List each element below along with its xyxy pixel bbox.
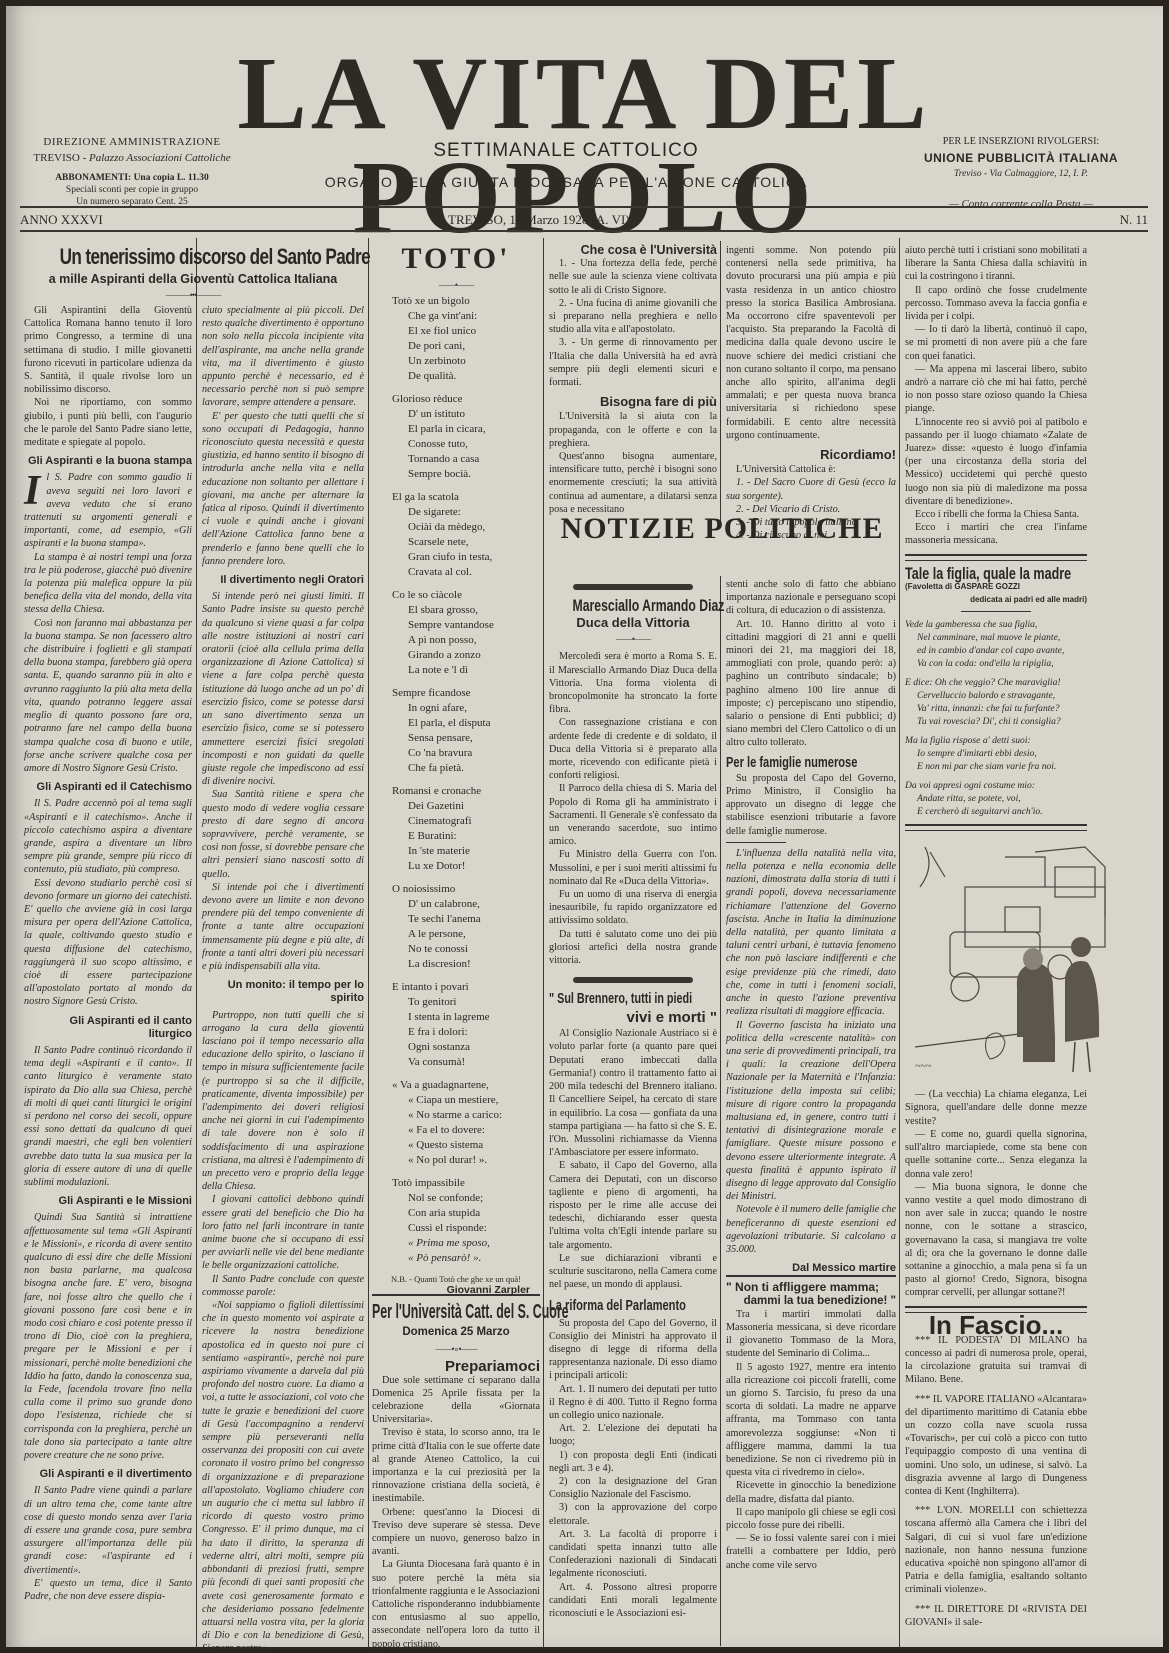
paragraph: 2) con la designazione del Gran Consigli… <box>549 1475 717 1501</box>
subscription-discount: Speciali sconti per copie in gruppo <box>22 184 242 196</box>
organ-label: ORGANO DELLA GIUNTA DIOCESANA PER L'AZIO… <box>306 174 826 190</box>
column-divider <box>196 238 197 1648</box>
paragraph: Art. 10. Hanno diritto al voto i cittadi… <box>726 618 896 750</box>
poem-stanza: Co le so ciàcoleEl sbara grosso,Sempre v… <box>392 588 540 678</box>
poem-line: I stenta in lagreme <box>392 1010 540 1025</box>
poem-line: No te conossi <box>392 942 540 957</box>
paragraph: Le sue dichiarazioni vibranti e sculturi… <box>549 1252 717 1292</box>
cartoon-caption: — Mia buona signora, le donne che vanno … <box>905 1181 1087 1300</box>
ornament-divider: ——•—— <box>549 633 717 646</box>
mexico-headline-1: " Non ti affliggere mamma; <box>726 1281 896 1294</box>
section-rule <box>372 1294 540 1296</box>
paragraph: Art. 3. La facoltà di proporre i candida… <box>549 1528 717 1581</box>
fable-stanza: Ma la figlia rispose a' detti suoi:Io se… <box>905 734 1087 773</box>
column-4-top: Che cosa è l'Università 1. - Una fortezz… <box>549 244 717 516</box>
section-rule <box>905 554 1087 561</box>
poem-line: La note e 'l dì <box>392 663 540 678</box>
poem-line: Che fa pietà. <box>392 761 540 776</box>
poem-line: « Pò pensarò! ». <box>392 1251 540 1266</box>
issue-number: N. 11 <box>1120 212 1148 228</box>
year-label: ANNO XXXVI <box>20 212 103 228</box>
fable-line: Da voi appresi ogni costume mio: <box>905 779 1087 792</box>
paragraph: — Io ti darò la libertà, continuò il cap… <box>905 323 1087 363</box>
direction-label: DIREZIONE AMMINISTRAZIONE <box>22 134 242 150</box>
poem-line: Scarsele nete, <box>392 535 540 550</box>
paragraph: L'innocente reo si avviò poi al patibolo… <box>905 416 1087 508</box>
column-4-politics: Maresciallo Armando Diaz Duca della Vitt… <box>549 578 717 1620</box>
paragraph: L'influenza della natalità nella vita, n… <box>726 847 896 1019</box>
paragraph: Si intende però nei giusti limiti. Il Sa… <box>202 590 364 788</box>
ornament-divider: ——•—— <box>372 280 540 290</box>
poem-line: « No starme a carico: <box>392 1108 540 1123</box>
section-heading: Ricordiamo! <box>726 448 896 461</box>
list-item: 1. - Una fortezza della fede, perchè nel… <box>549 257 717 297</box>
paragraph: Ricevette in ginocchio la benedizione de… <box>726 1479 896 1505</box>
paragraph: 3) con la approvazione del corpo elettor… <box>549 1501 717 1527</box>
decorative-bar <box>573 977 693 983</box>
direction-address: TREVISO - Palazzo Associazioni Cattolich… <box>22 150 242 166</box>
poem-line: Che ga vint'ani: <box>392 309 540 324</box>
paragraph: Ecco i martiri che crea l'infame massone… <box>905 521 1087 547</box>
fable-line: Andate ritta, se potete, voi, <box>905 792 1087 805</box>
paragraph: Essi devono studiarlo perchè così si dev… <box>24 877 192 1009</box>
poem-line: « Prima me sposo, <box>392 1236 540 1251</box>
paragraph: Il Governo fascista ha iniziato una poli… <box>726 1019 896 1204</box>
poem-stanza: Sempre ficandoseIn ogni afare,El parla, … <box>392 686 540 776</box>
paragraph: Art. 1. Il numero dei deputati per tutto… <box>549 1383 717 1423</box>
paragraph: Con rassegnazione cristiana e con ardent… <box>549 716 717 782</box>
diaz-headline: Maresciallo Armando Diaz <box>573 596 694 616</box>
paragraph: Il Santo Padre continuò ricordando il te… <box>24 1044 192 1189</box>
section-heading: Gli Aspiranti ed il canto liturgico <box>24 1015 192 1041</box>
column-divider <box>720 576 721 1646</box>
fable-headline: Tale la figlia, quale la madre <box>905 567 1097 580</box>
poem-line: Sempre bocià. <box>392 467 540 482</box>
poem-line: La discresion! <box>392 957 540 972</box>
dateline-rule <box>20 230 1148 232</box>
lead-headline: Un tenerissimo discorso del Santo Padre <box>60 244 327 270</box>
paragraph: Tra i martiri immolati dalla Massoneria … <box>726 1308 896 1361</box>
poem-line: Cravata al col. <box>392 565 540 580</box>
fable-line: Tu vai rovescia? Di', chi ti consiglia? <box>905 715 1087 728</box>
paragraph: Orbene: quest'anno la Diocesi di Treviso… <box>372 1506 540 1559</box>
poem-line: Co 'na bravura <box>392 746 540 761</box>
poem-stanza: Totò xe un bigoloChe ga vint'ani:El xe f… <box>392 294 540 384</box>
poem-line: « Questo sistema <box>392 1138 540 1153</box>
ads-address: Treviso - Via Calmaggiore, 12, I. P. <box>886 166 1156 182</box>
poem-line: A le persone, <box>392 927 540 942</box>
paragraph: stenti anche solo di fatto che abbiano i… <box>726 578 896 618</box>
paragraph: Purtroppo, non tutti quelli che si arrog… <box>202 1009 364 1194</box>
poem-line: Gran ciufo in testa, <box>392 550 540 565</box>
poem-line: Totò impassibile <box>392 1176 540 1191</box>
poem-stanza: O noiosissimoD' un calabrone,Te sechi l'… <box>392 882 540 972</box>
lead-article-header: Un tenerissimo discorso del Santo Padre … <box>22 244 364 304</box>
poem-line: Glorioso rèduce <box>392 392 540 407</box>
column-divider <box>543 238 544 1648</box>
poem-line: Ogni sostanza <box>392 1040 540 1055</box>
column-5-top: ingenti somme. Non potendo più conteners… <box>726 244 896 542</box>
fable-line: ed in cambio d'andar col capo avante, <box>905 644 1087 657</box>
paragraph: Il S. Padre accennò poi al tema sugli «A… <box>24 797 192 876</box>
poem-line: « Fa el to dovere: <box>392 1123 540 1138</box>
poem-stanza: « Va a guadagnartene,« Ciapa un mestiere… <box>392 1078 540 1168</box>
paragraph: Il capo manipolo gli chiese se egli così… <box>726 1506 896 1532</box>
poem-line: « No pol durar! ». <box>392 1153 540 1168</box>
poem-line: A pì non posso, <box>392 633 540 648</box>
paragraph: Il Parroco della chiesa di S. Maria del … <box>549 782 717 848</box>
paragraph: Treviso è stata, lo scorso anno, tra le … <box>372 1426 540 1505</box>
fable-line: Io sempre d'imitarti ebbi desio, <box>905 747 1087 760</box>
cartoon-caption: — E come no, guardi quella signorina, su… <box>905 1128 1087 1181</box>
poem-column: TOTO' ——•—— Totò xe un bigoloChe ga vint… <box>372 242 540 1296</box>
list-item: 3. - Un germe di rinnovamento per l'Ital… <box>549 336 717 389</box>
poem-line: De qualità. <box>392 369 540 384</box>
fable-stanza: E dice: Oh che veggio? Che maraviglia!Ce… <box>905 676 1087 728</box>
paragraph: I giovani cattolici debbono quindi esser… <box>202 1193 364 1272</box>
column-divider <box>720 241 721 526</box>
paragraph: E sabato, il Capo del Governo, alla Came… <box>549 1159 717 1251</box>
section-heading: Che cosa è l'Università <box>549 244 717 257</box>
poem-line: Sempre ficandose <box>392 686 540 701</box>
section-heading: Gli Aspiranti ed il Catechismo <box>24 781 192 794</box>
cartoon-caption: — (La vecchia) La chiama eleganza, Lei S… <box>905 1088 1087 1128</box>
poem-line: D' un calabrone, <box>392 897 540 912</box>
date-label: TREVISO, 11 Marzo 1928 (A. VI) <box>448 212 630 228</box>
politics-banner: NOTIZIE POLITICHE <box>546 512 898 546</box>
paragraph: Fu Ministro della Guerra con l'on. Musso… <box>549 848 717 888</box>
short-rule <box>961 611 1031 612</box>
university-article: Per l'Università Catt. del S. Cuore Dome… <box>372 1300 540 1651</box>
poem-line: O noiosissimo <box>392 882 540 897</box>
poem-line: El xe fiol unico <box>392 324 540 339</box>
mexico-headline-2: dammi la tua benedizione! " <box>726 1295 896 1308</box>
paragraph: Il Santo Padre viene quindi a parlare di… <box>24 1484 192 1576</box>
poem-line: Va consumà! <box>392 1055 540 1070</box>
poem-line: E intanto i povari <box>392 980 540 995</box>
poem-line: Co le so ciàcole <box>392 588 540 603</box>
paragraph: Art. 4. Possono altresì proporre candida… <box>549 1581 717 1621</box>
poem-stanza: Totò impassibileNol se confonde;Con aria… <box>392 1176 540 1266</box>
paragraph: Due sole settimane ci separano dalla Dom… <box>372 1374 540 1427</box>
poem-line: E Buratini: <box>392 829 540 844</box>
fable-dedication: dedicata ai padri ed alle madri) <box>905 593 1087 606</box>
svg-text:~~~: ~~~ <box>915 1061 932 1072</box>
poem-title: TOTO' <box>372 242 540 276</box>
paragraph: Così non faranno mai abbastanza per la b… <box>24 617 192 775</box>
paragraph: Al Consiglio Nazionale Austriaco si è vo… <box>549 1027 717 1159</box>
poem-line: El sbara grosso, <box>392 603 540 618</box>
paragraph: — Se io fossi valente sarei con i miei f… <box>726 1532 896 1572</box>
paragraph: L'Università Cattolica è: <box>726 463 896 476</box>
poem-line: In ogni afare, <box>392 701 540 716</box>
column-1: Gli Aspirantini della Gioventù Cattolica… <box>24 304 192 1603</box>
lead-subheadline: a mille Aspiranti della Gioventù Cattoli… <box>22 272 364 286</box>
diaz-subheadline: Duca della Vittoria <box>549 616 717 629</box>
ornament-divider: ——•∘•—— <box>372 1343 540 1356</box>
poem-line: Cussì el risponde: <box>392 1221 540 1236</box>
poem-line: Tornando a casa <box>392 452 540 467</box>
poem-line: De pori cani, <box>392 339 540 354</box>
fable-line: Va con la coda: ond'ella la ripiglia, <box>905 657 1087 670</box>
masthead-rule <box>20 206 1148 208</box>
weekly-label: SETTIMANALE CATTOLICO <box>306 140 826 162</box>
paragraph: E' per questo che tutti quelli che si so… <box>202 410 364 568</box>
poem-stanza: El ga la scatolaDe sigarete:Ociài da mèd… <box>392 490 540 580</box>
paragraph: Su proposta del Capo del Governo, Primo … <box>726 772 896 838</box>
poem-line: El parla, el disputa <box>392 716 540 731</box>
paragraph: Il 5 agosto 1927, mentre era intento all… <box>726 1361 896 1480</box>
newspaper-page: LA VITA DEL POPOLO DIREZIONE AMMINISTRAZ… <box>6 6 1163 1647</box>
poem-body: Totò xe un bigoloChe ga vint'ani:El xe f… <box>392 294 540 1266</box>
poem-line: Cinematografi <box>392 814 540 829</box>
column-5-politics: stenti anche solo di fatto che abbiano i… <box>726 578 896 1572</box>
cartoon-illustration: ~~~ <box>905 837 1135 1082</box>
poem-line: Romansi e cronache <box>392 784 540 799</box>
fable-stanza: Da voi appresi ogni costume mio:Andate r… <box>905 779 1087 818</box>
paragraph: Da tutti è salutato come uno dei più glo… <box>549 928 717 968</box>
paragraph: l S. Padre con sommo gaudio li aveva seg… <box>24 471 192 550</box>
fable-line: Ma la figlia rispose a' detti suoi: <box>905 734 1087 747</box>
fable-line: E non mi par che siam varie fra noi. <box>905 760 1087 773</box>
paragraph: Si intende poi che i divertimenti devono… <box>202 881 364 973</box>
poem-line: El ga la scatola <box>392 490 540 505</box>
masthead-right-info: PER LE INSERZIONI RIVOLGERSI: UNIONE PUB… <box>886 134 1156 212</box>
paragraph: E' questo un tema, dice il Santo Padre, … <box>24 1577 192 1603</box>
university-date: Domenica 25 Marzo <box>372 1326 540 1339</box>
news-brief: *** IL PODESTA' DI MILANO ha concesso ai… <box>905 1334 1087 1387</box>
poem-line: Ociài da mèdego, <box>392 520 540 535</box>
paragraph: Ecco i ribelli che forma la Chiesa Santa… <box>905 508 1087 521</box>
brenner-headline-1: " Sul Brennero, tutti in piedi <box>549 989 715 1008</box>
paragraph: Il Santo Padre conclude con queste commo… <box>202 1273 364 1299</box>
column-divider <box>899 238 900 1648</box>
poem-line: Con aria stupida <box>392 1206 540 1221</box>
section-rule <box>905 824 1087 831</box>
paragraph: 1) con proposta degli Enti (indicati neg… <box>549 1449 717 1475</box>
university-headline: Per l'Università Catt. del S. Cuore <box>372 1300 539 1324</box>
fable-line: Cervelluccio balordo e stravagante, <box>905 689 1087 702</box>
subscription-price: ABBONAMENTI: Una copia L. 11.30 <box>22 172 242 184</box>
brenner-headline-2: vivi e morti " <box>549 1008 717 1027</box>
fable-line: E dice: Oh che veggio? Che maraviglia! <box>905 676 1087 689</box>
paragraph: ciuto specialmente ai più piccoli. Del r… <box>202 304 364 410</box>
paragraph: aiuto perchè tutti i cristiani sono mobi… <box>905 244 1087 284</box>
paragraph: Notevole è il numero delle famiglie che … <box>726 1203 896 1256</box>
section-heading: Bisogna fare di più <box>549 395 717 408</box>
section-heading: Gli Aspiranti e la buona stampa <box>24 455 192 468</box>
poem-line: Un zerbinoto <box>392 354 540 369</box>
in-fascio-headline: In Fascio... <box>905 1319 1087 1332</box>
poem-line: Nol se confonde; <box>392 1191 540 1206</box>
lead-intro: Gli Aspirantini della Gioventù Cattolica… <box>24 304 192 396</box>
poem-line: In 'ste materie <box>392 844 540 859</box>
column-divider <box>368 238 369 1648</box>
fable-stanza: Vede la gamberessa che sua figlia,Nel ca… <box>905 618 1087 670</box>
section-heading: Gli Aspiranti e le Missioni <box>24 1195 192 1208</box>
fable-body: Vede la gamberessa che sua figlia,Nel ca… <box>905 618 1087 818</box>
news-brief: *** L'ON. MORELLI con schiettezza toscan… <box>905 1504 1087 1596</box>
fable-line: Va' ritta, innanzi: che fai tu furfante? <box>905 702 1087 715</box>
fable-line: E cercherò di seguitarvi anch'io. <box>905 805 1087 818</box>
reform-headline: La riforma del Parlamento <box>549 1299 719 1312</box>
column-2: ciuto specialmente ai più piccoli. Del r… <box>202 304 364 1653</box>
section-heading: Un monito: il tempo per lo spirito <box>202 979 364 1005</box>
list-item: 2. - Una fucina di anime giovanili che s… <box>549 297 717 337</box>
poem-line: Lu xe Dotor! <box>392 859 540 874</box>
ads-label: PER LE INSERZIONI RIVOLGERSI: <box>886 134 1156 150</box>
poem-note: N.B. - Quanti Totò che ghe xe un quà! <box>372 1274 540 1284</box>
families-headline: Per le famiglie numerose <box>726 756 896 769</box>
poem-line: El parla in cicara, <box>392 422 540 437</box>
short-rule <box>726 842 786 843</box>
masthead-left-info: DIREZIONE AMMINISTRAZIONE TREVISO - Pala… <box>22 134 242 208</box>
lead-intro-2: Noi ne riportiamo, con sommo giubilo, i … <box>24 396 192 449</box>
poem-line: Sensa pensare, <box>392 731 540 746</box>
poem-line: Dei Gazetini <box>392 799 540 814</box>
poem-line: Totò xe un bigolo <box>392 294 540 309</box>
paragraph: Su proposta del Capo del Governo, il Con… <box>549 1317 717 1383</box>
poem-line: Te sechi l'anema <box>392 912 540 927</box>
section-heading: Il divertimento negli Oratori <box>202 574 364 587</box>
postal-account: — Conto corrente colla Posta — <box>886 196 1156 212</box>
paragraph: Fu un uomo di una riserva di energia ine… <box>549 888 717 928</box>
list-item: 1. - Del Sacro Cuore di Gesù (ecco la su… <box>726 476 896 502</box>
poem-line: Girando a zonzo <box>392 648 540 663</box>
poem-stanza: Romansi e cronacheDei GazetiniCinematogr… <box>392 784 540 874</box>
poem-line: Conosse tuto, <box>392 437 540 452</box>
news-brief: *** IL DIRETTORE DI «RIVISTA DEI GIOVANI… <box>905 1603 1087 1629</box>
poem-line: E fra i dolori: <box>392 1025 540 1040</box>
paragraph: La stampa è ai nostri tempi una forza tr… <box>24 551 192 617</box>
mexico-kicker: Dal Messico martire <box>726 1262 896 1277</box>
poem-line: De sigarete: <box>392 505 540 520</box>
paragraph: Quest'anno bisogna aumentare, intensific… <box>549 450 717 516</box>
paragraph: Il capo ordinò che fosse crudelmente per… <box>905 284 1087 324</box>
paragraph: Quindi Sua Santità si intrattiene affett… <box>24 1211 192 1462</box>
poem-stanza: E intanto i povariTo genitoriI stenta in… <box>392 980 540 1070</box>
paragraph: ingenti somme. Non potendo più conteners… <box>726 244 896 442</box>
paragraph: Art. 2. L'elezione dei deputati ha luogo… <box>549 1422 717 1448</box>
news-brief: *** IL VAPORE ITALIANO «Alcantara» del d… <box>905 1393 1087 1499</box>
masthead-center: SETTIMANALE CATTOLICO ORGANO DELLA GIUNT… <box>306 140 826 190</box>
paragraph: Mercoledì sera è morto a Roma S. E. il M… <box>549 650 717 716</box>
paragraph: Sua Santità ritiene e spera che questo m… <box>202 788 364 880</box>
paragraph: «Noi sappiamo o figlioli dilettissimi ch… <box>202 1299 364 1653</box>
decorative-bar <box>573 584 693 590</box>
fable-line: Vede la gamberessa che sua figlia, <box>905 618 1087 631</box>
poem-line: To genitori <box>392 995 540 1010</box>
in-fascio-list: *** IL PODESTA' DI MILANO ha concesso ai… <box>905 1334 1087 1629</box>
ornament-divider: ———•••——— <box>22 290 364 300</box>
poem-line: Sempre vantandose <box>392 618 540 633</box>
section-heading: Gli Aspiranti e il divertimento <box>24 1468 192 1481</box>
section-heading: Prepariamoci <box>372 1360 540 1373</box>
ads-agency: UNIONE PUBBLICITÀ ITALIANA <box>886 150 1156 166</box>
drop-cap: I <box>24 473 40 509</box>
fable-line: Nel camminare, mal muove le piante, <box>905 631 1087 644</box>
poem-stanza: Glorioso rèduceD' un istitutoEl parla in… <box>392 392 540 482</box>
poem-line: « Ciapa un mestiere, <box>392 1093 540 1108</box>
poem-line: D' un istituto <box>392 407 540 422</box>
paragraph: L'Università la si aiuta con la propagan… <box>549 410 717 450</box>
column-6: aiuto perchè tutti i cristiani sono mobi… <box>905 244 1087 1635</box>
paragraph: — Ma appena mi lascerai libero, subito a… <box>905 363 1087 416</box>
poem-line: « Va a guadagnartene, <box>392 1078 540 1093</box>
paragraph: La Giunta Diocesana farà quanto è in suo… <box>372 1558 540 1650</box>
